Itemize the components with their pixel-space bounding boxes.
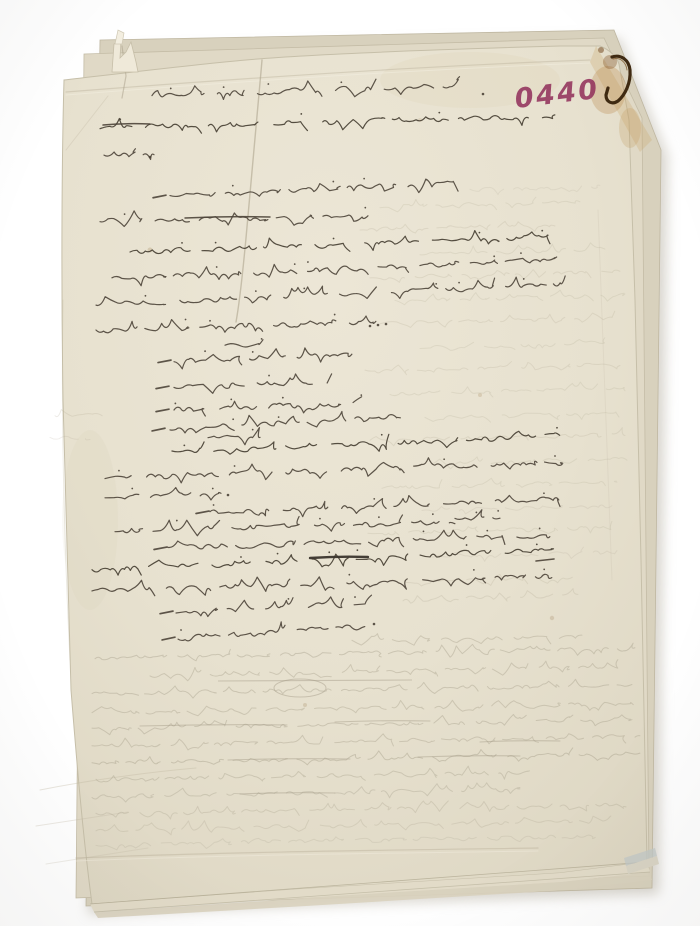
manuscript-photo: 0440 [0,0,700,926]
photo-vignette [0,0,700,926]
manuscript-scan: 0440 [0,0,700,926]
